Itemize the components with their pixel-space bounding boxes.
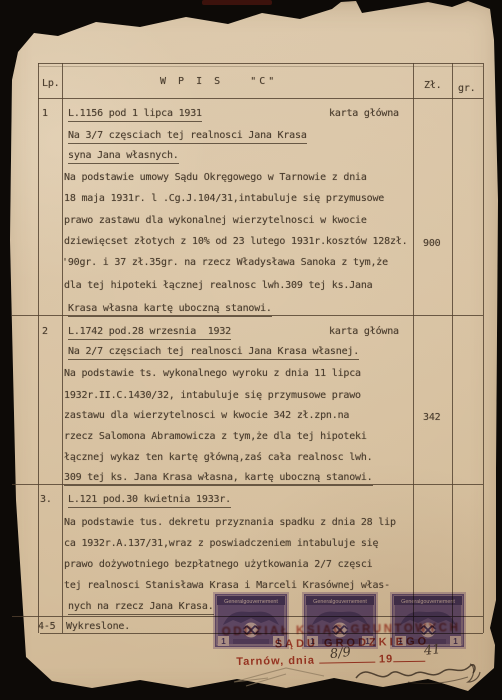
table-line	[483, 63, 484, 633]
karta-label: karta główna	[329, 108, 399, 120]
text-line: Na podstawie umowy Sądu Okręgowego w Tar…	[64, 172, 367, 184]
text-line: łącznej wykaz ten kartę główną,zaś cała …	[64, 452, 373, 464]
text-line: rzecz Salomona Abramowicza z tym,że dla …	[64, 431, 367, 443]
entry-heading: L.1742 pod.28 wrzesnia 1932	[68, 326, 231, 340]
text-line: 309 tej ks. Jana Krasa własna, kartę ubo…	[64, 472, 373, 486]
signature	[348, 652, 483, 694]
table-line	[38, 98, 483, 99]
text-line: Na podstawie tus. dekretu przyznania spa…	[64, 517, 396, 529]
text-line: dziewięcset złotych z 10% od 23 lutego 1…	[64, 236, 407, 248]
text-line: nych na rzecz Jana Krasa.	[68, 601, 214, 615]
text-line: Na podstawie ts. wykonalnego wyroku z dn…	[64, 368, 361, 380]
text-line: syna Jana własnych.	[68, 150, 179, 164]
text-line: prawo dożywotniego bezpłatnego użytkowan…	[64, 559, 373, 571]
top-edge-smudge	[202, 0, 272, 5]
table-line	[38, 66, 483, 67]
pencil-mark	[228, 656, 343, 690]
column-header-zl: Zł.	[424, 80, 441, 92]
stamp-country-label: Generalgouvernement	[224, 599, 278, 605]
stamp-country-label: Generalgouvernement	[313, 599, 367, 605]
entry-heading: L.1156 pod 1 lipca 1931	[68, 108, 202, 122]
scanned-document: Lp. W P I S "C" Zł. gr. 1 L.1156 pod 1 l…	[0, 0, 502, 700]
column-header-gr: gr.	[458, 83, 475, 95]
text-line: dla tej hipoteki łącznej realnosc lwh.30…	[64, 280, 373, 292]
table-line	[452, 63, 453, 633]
text-line: 1932r.II.C.1430/32, intabuluje się przym…	[64, 390, 361, 402]
page-title: W P I S "C"	[160, 76, 277, 88]
entry-number: 2	[42, 326, 48, 338]
text-line: Na 2/7 częsciach tej realnosci Jana Kras…	[68, 346, 359, 360]
entry-heading: Wykreslone.	[66, 621, 130, 633]
karta-label: karta główna	[329, 326, 399, 338]
text-line: prawo zastawu dla wykonalnej wierzytelno…	[64, 215, 367, 227]
text-line: Krasa własna kartę uboczną stanowi.	[68, 303, 272, 317]
table-line	[38, 63, 39, 633]
text-line: Na 3/7 częsciach tej realnosci Jana Kras…	[68, 130, 307, 144]
entry-heading: L.121 pod.30 kwietnia 1933r.	[68, 494, 231, 508]
text-line: '90gr. i 37 zł.35gr. na rzecz Władysława…	[62, 257, 388, 269]
table-line	[413, 63, 414, 633]
stamp-country-label: Generalgouvernement	[401, 599, 455, 605]
text-line: ca 1932r.A.137/31,wraz z poswiadczeniem …	[64, 538, 378, 550]
entry-number: 3.	[40, 494, 52, 506]
amount-zl: 342	[423, 412, 440, 424]
amount-zl: 900	[423, 238, 440, 250]
entry-number: 1	[42, 108, 48, 120]
text-line: zastawu dla wierzytelnosci w kwocie 342 …	[64, 410, 349, 422]
table-line	[38, 63, 483, 64]
column-header-lp: Lp.	[42, 78, 59, 90]
entry-number: 4-5	[38, 621, 55, 633]
table-line	[62, 63, 63, 633]
text-line: 18 maja 1931r. l .Cg.J.104/31,intabuluje…	[64, 193, 384, 205]
text-line: tej realnosci Stanisława Krasa i Marceli…	[64, 580, 390, 592]
